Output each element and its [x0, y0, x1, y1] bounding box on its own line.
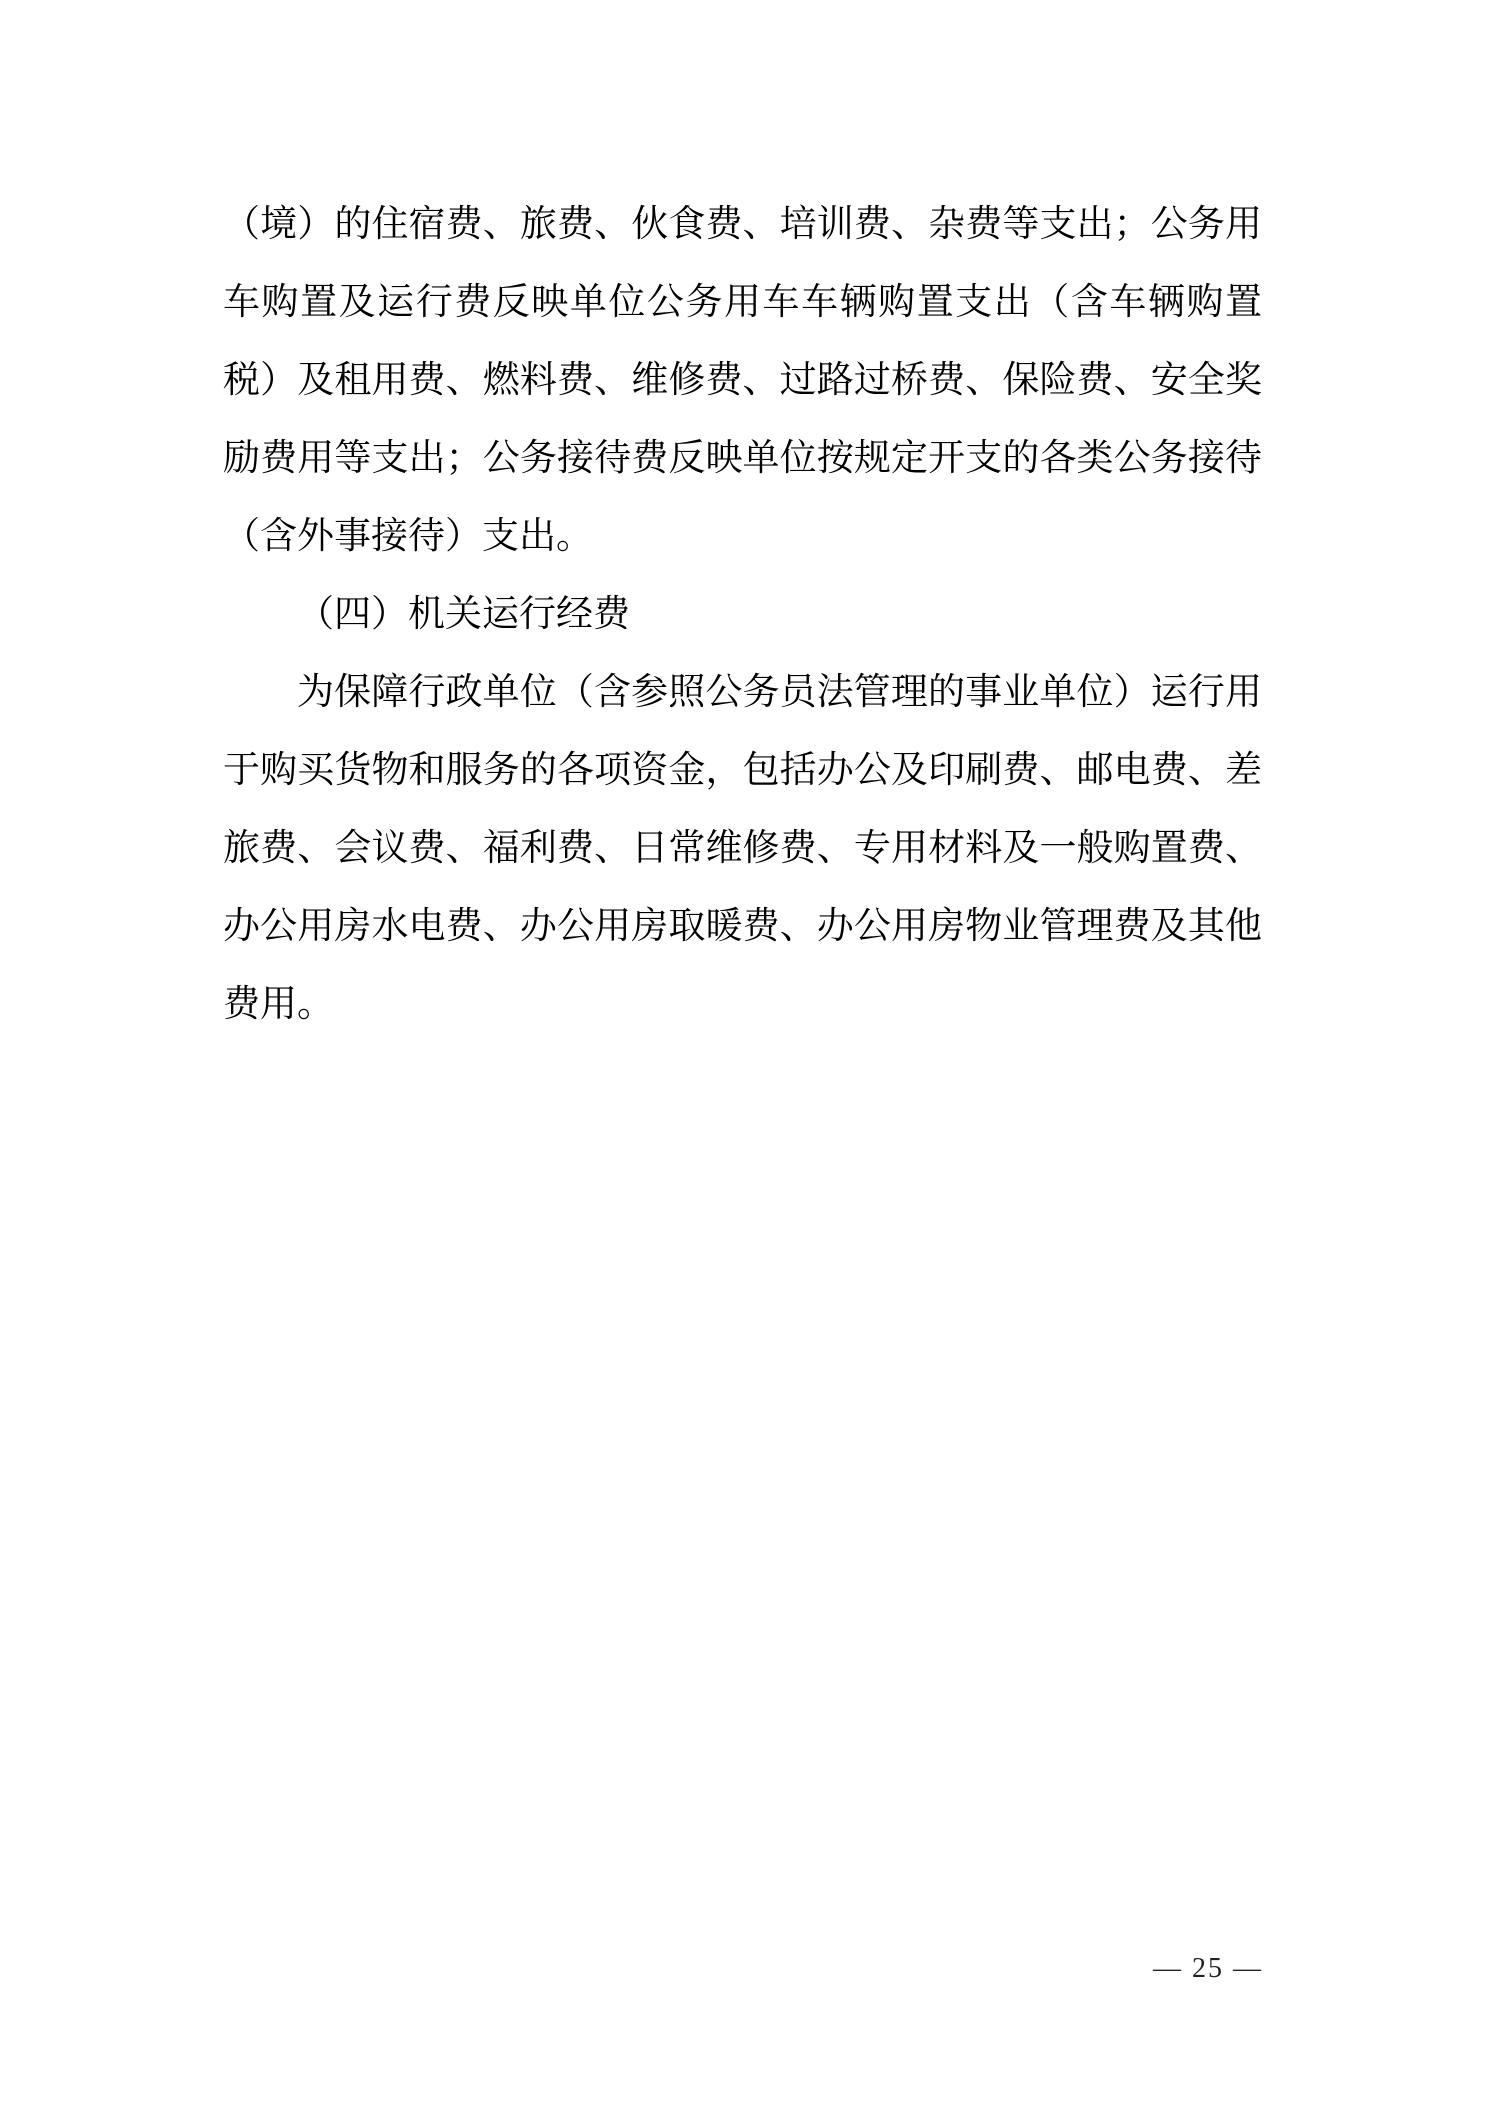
document-line: 励费用等支出；公务接待费反映单位按规定开支的各类公务接待	[223, 420, 1262, 498]
document-line: 旅费、会议费、福利费、日常维修费、专用材料及一般购置费、	[223, 810, 1262, 888]
document-page: （境）的住宿费、旅费、伙食费、培训费、杂费等支出；公务用 车购置及运行费反映单位…	[0, 0, 1486, 2103]
document-line: 于购买货物和服务的各项资金，包括办公及印刷费、邮电费、差	[223, 732, 1262, 810]
document-line: 办公用房水电费、办公用房取暖费、办公用房物业管理费及其他	[223, 888, 1262, 966]
document-line: 费用。	[223, 966, 1262, 1044]
document-line: 车购置及运行费反映单位公务用车车辆购置支出（含车辆购置	[223, 264, 1262, 342]
section-heading: （四）机关运行经费	[223, 576, 1262, 654]
document-line: （境）的住宿费、旅费、伙食费、培训费、杂费等支出；公务用	[223, 186, 1262, 264]
document-line: （含外事接待）支出。	[223, 498, 1262, 576]
document-text-block: （境）的住宿费、旅费、伙食费、培训费、杂费等支出；公务用 车购置及运行费反映单位…	[223, 186, 1262, 1044]
document-line: 税）及租用费、燃料费、维修费、过路过桥费、保险费、安全奖	[223, 342, 1262, 420]
page-number: — 25 —	[1153, 1952, 1263, 1986]
document-line: 为保障行政单位（含参照公务员法管理的事业单位）运行用	[223, 654, 1262, 732]
